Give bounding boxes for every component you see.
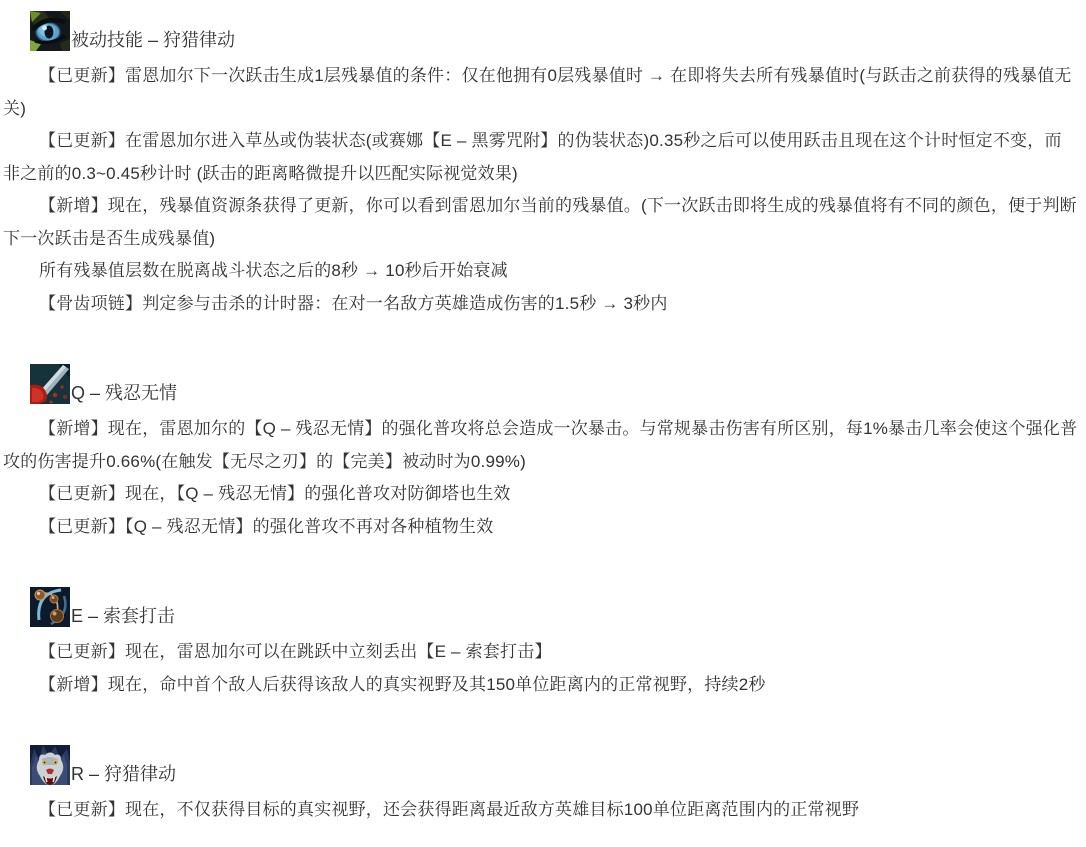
- ability-section: R – 狩猎律动 【已更新】现在，不仅获得目标的真实视野，还会获得距离最近敌方英…: [3, 745, 1078, 827]
- patch-note-line: 【已更新】现在，雷恩加尔可以在跳跃中立刻丢出【E – 索套打击】: [3, 636, 1078, 669]
- ability-header: Q – 残忍无情: [30, 364, 1078, 404]
- ability-section: 被动技能 – 狩猎律动 【已更新】雷恩加尔下一次跃击生成1层残暴值的条件：仅在他…: [3, 11, 1078, 320]
- patch-note-line: 【已更新】【Q – 残忍无情】的强化普攻不再对各种植物生效: [3, 511, 1078, 544]
- patch-note-line: 【已更新】现在，不仅获得目标的真实视野，还会获得距离最近敌方英雄目标100单位距…: [3, 794, 1078, 827]
- patch-notes-list: 【已更新】现在，雷恩加尔可以在跳跃中立刻丢出【E – 索套打击】【新增】现在，命…: [3, 636, 1078, 701]
- patch-note-line: 【已更新】现在，【Q – 残忍无情】的强化普攻对防御塔也生效: [3, 478, 1078, 511]
- patch-note-line: 【已更新】在雷恩加尔进入草丛或伪装状态(或赛娜【E – 黑雾咒附】的伪装状态)0…: [3, 125, 1078, 190]
- ability-title: 被动技能 – 狩猎律动: [71, 30, 235, 51]
- ability-header: 被动技能 – 狩猎律动: [30, 11, 1078, 51]
- ability-header: E – 索套打击: [30, 587, 1078, 627]
- patch-note-line: 【骨齿项链】判定参与击杀的计时器：在对一名敌方英雄造成伤害的1.5秒 → 3秒内: [3, 288, 1078, 321]
- patch-notes-list: 【已更新】雷恩加尔下一次跃击生成1层残暴值的条件：仅在他拥有0层残暴值时 → 在…: [3, 60, 1078, 320]
- patch-notes-list: 【已更新】现在，不仅获得目标的真实视野，还会获得距离最近敌方英雄目标100单位距…: [3, 794, 1078, 827]
- rengar-passive-icon: [30, 11, 70, 51]
- ability-title: R – 狩猎律动: [71, 764, 176, 785]
- rengar-e-icon: [30, 587, 70, 627]
- ability-section: Q – 残忍无情 【新增】现在，雷恩加尔的【Q – 残忍无情】的强化普攻将总会造…: [3, 364, 1078, 543]
- ability-header: R – 狩猎律动: [30, 745, 1078, 785]
- patch-notes-list: 【新增】现在，雷恩加尔的【Q – 残忍无情】的强化普攻将总会造成一次暴击。与常规…: [3, 413, 1078, 543]
- patch-note-line: 所有残暴值层数在脱离战斗状态之后的8秒 → 10秒后开始衰减: [3, 255, 1078, 288]
- patch-note-line: 【新增】现在，命中首个敌人后获得该敌人的真实视野及其150单位距离内的正常视野，…: [3, 669, 1078, 702]
- ability-section: E – 索套打击 【已更新】现在，雷恩加尔可以在跳跃中立刻丢出【E – 索套打击…: [3, 587, 1078, 701]
- rengar-q-icon: [30, 364, 70, 404]
- rengar-r-icon: [30, 745, 70, 785]
- ability-title: E – 索套打击: [71, 606, 175, 627]
- patch-notes-document: 被动技能 – 狩猎律动 【已更新】雷恩加尔下一次跃击生成1层残暴值的条件：仅在他…: [0, 0, 1086, 847]
- patch-note-line: 【已更新】雷恩加尔下一次跃击生成1层残暴值的条件：仅在他拥有0层残暴值时 → 在…: [3, 60, 1078, 125]
- patch-note-line: 【新增】现在，残暴值资源条获得了更新，你可以看到雷恩加尔当前的残暴值。(下一次跃…: [3, 190, 1078, 255]
- ability-title: Q – 残忍无情: [71, 383, 177, 404]
- patch-note-line: 【新增】现在，雷恩加尔的【Q – 残忍无情】的强化普攻将总会造成一次暴击。与常规…: [3, 413, 1078, 478]
